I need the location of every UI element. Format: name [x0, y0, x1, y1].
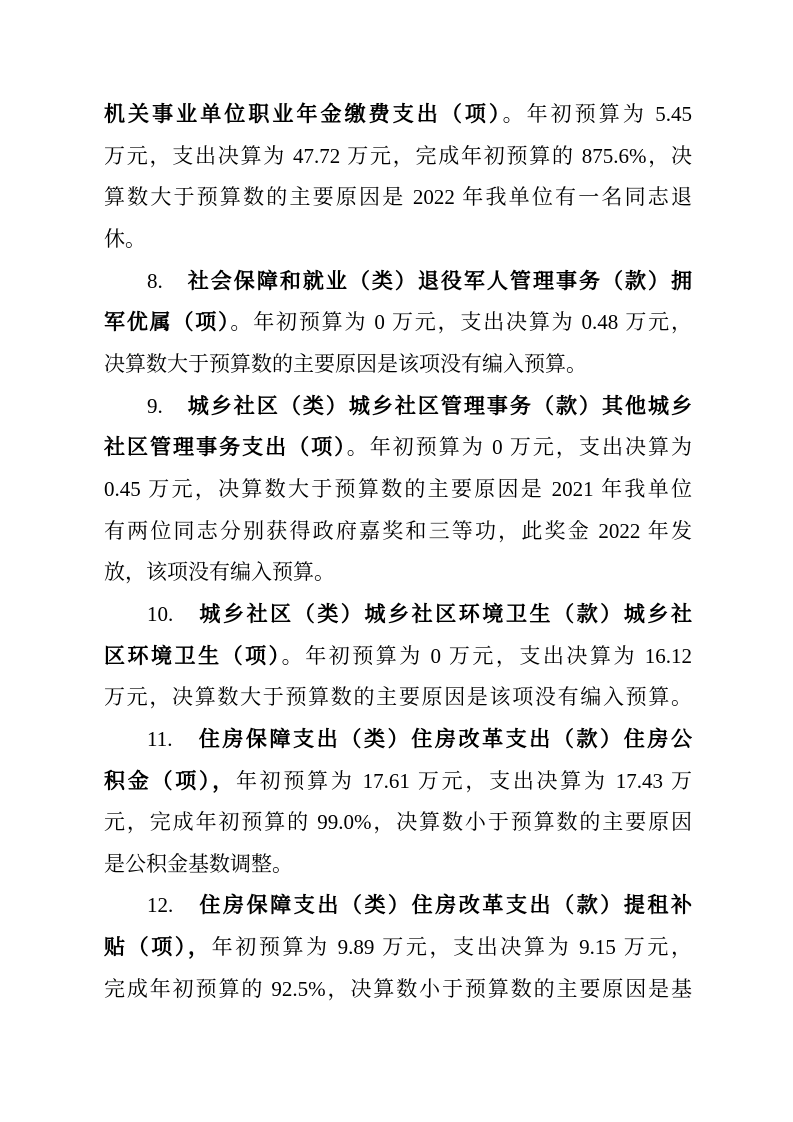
text-line: 社区管理事务支出（项）。年初预算为 0 万元，支出决算为 — [104, 427, 692, 469]
body-text: 。年初预算为 0 万元，支出决算为 — [347, 435, 692, 459]
body-text: 。年初预算为 0 万元，支出决算为 16.12 — [282, 644, 692, 668]
heading-text: 贴（项）， — [104, 935, 212, 959]
body-text: 元，完成年初预算的 99.0%，决算数小于预算数的主要原因 — [104, 810, 692, 834]
body-text: 年初预算为 9.89 万元，支出决算为 9.15 万元， — [212, 935, 692, 959]
text-line: 9. 城乡社区（类）城乡社区管理事务（款）其他城乡 — [104, 386, 692, 428]
heading-text: 社区管理事务支出（项） — [104, 435, 347, 459]
heading-text: 住房保障支出（类）住房改革支出（款）提租补 — [199, 893, 692, 917]
body-text: 完成年初预算的 92.5%，决算数小于预算数的主要原因是基 — [104, 977, 692, 1001]
text-line: 休。 — [104, 219, 692, 261]
body-text: 8. — [147, 269, 188, 293]
heading-text: 社会保障和就业（类）退役军人管理事务（款）拥 — [188, 269, 692, 293]
body-text: 11. — [147, 727, 199, 751]
heading-text: 区环境卫生（项） — [104, 644, 282, 668]
text-line: 10. 城乡社区（类）城乡社区环境卫生（款）城乡社 — [104, 594, 692, 636]
paragraph-8: 8. 社会保障和就业（类）退役军人管理事务（款）拥军优属（项）。年初预算为 0 … — [104, 261, 692, 386]
text-line: 算数大于预算数的主要原因是 2022 年我单位有一名同志退 — [104, 177, 692, 219]
text-line: 11. 住房保障支出（类）住房改革支出（款）住房公 — [104, 719, 692, 761]
heading-text: 军优属（项） — [104, 310, 230, 334]
text-line: 万元，决算数大于预算数的主要原因是该项没有编入预算。 — [104, 677, 692, 719]
body-text: 是公积金基数调整。 — [104, 852, 293, 876]
text-line: 贴（项），年初预算为 9.89 万元，支出决算为 9.15 万元， — [104, 927, 692, 969]
document-page: 机关事业单位职业年金缴费支出（项）。年初预算为 5.45万元，支出决算为 47.… — [0, 0, 793, 1122]
text-line: 元，完成年初预算的 99.0%，决算数小于预算数的主要原因 — [104, 802, 692, 844]
body-text: 万元，支出决算为 47.72 万元，完成年初预算的 875.6%，决 — [104, 144, 692, 168]
body-text: 休。 — [104, 227, 146, 251]
body-text: 。年初预算为 0 万元，支出决算为 0.48 万元， — [230, 310, 692, 334]
text-line: 军优属（项）。年初预算为 0 万元，支出决算为 0.48 万元， — [104, 302, 692, 344]
text-line: 是公积金基数调整。 — [104, 844, 692, 886]
text-line: 机关事业单位职业年金缴费支出（项）。年初预算为 5.45 — [104, 94, 692, 136]
body-text: 决算数大于预算数的主要原因是该项没有编入预算。 — [104, 352, 587, 376]
text-line: 决算数大于预算数的主要原因是该项没有编入预算。 — [104, 344, 692, 386]
body-text: 算数大于预算数的主要原因是 2022 年我单位有一名同志退 — [104, 185, 692, 209]
body-text: 10. — [147, 602, 199, 626]
text-line: 完成年初预算的 92.5%，决算数小于预算数的主要原因是基 — [104, 969, 692, 1011]
body-text: 放，该项没有编入预算。 — [104, 560, 335, 584]
document-content: 机关事业单位职业年金缴费支出（项）。年初预算为 5.45万元，支出决算为 47.… — [104, 94, 692, 1010]
text-line: 0.45 万元，决算数大于预算数的主要原因是 2021 年我单位 — [104, 469, 692, 511]
heading-text: 城乡社区（类）城乡社区管理事务（款）其他城乡 — [188, 394, 692, 418]
body-text: 万元，决算数大于预算数的主要原因是该项没有编入预算。 — [104, 685, 692, 709]
heading-text: 住房保障支出（类）住房改革支出（款）住房公 — [199, 727, 692, 751]
text-line: 有两位同志分别获得政府嘉奖和三等功，此奖金 2022 年发 — [104, 511, 692, 553]
text-line: 12. 住房保障支出（类）住房改革支出（款）提租补 — [104, 885, 692, 927]
heading-text: 城乡社区（类）城乡社区环境卫生（款）城乡社 — [199, 602, 692, 626]
body-text: 9. — [147, 394, 188, 418]
heading-text: 机关事业单位职业年金缴费支出（项） — [104, 102, 503, 126]
paragraph-11: 11. 住房保障支出（类）住房改革支出（款）住房公积金（项），年初预算为 17.… — [104, 719, 692, 886]
text-line: 区环境卫生（项）。年初预算为 0 万元，支出决算为 16.12 — [104, 636, 692, 678]
paragraph-10: 10. 城乡社区（类）城乡社区环境卫生（款）城乡社区环境卫生（项）。年初预算为 … — [104, 594, 692, 719]
paragraph-9: 9. 城乡社区（类）城乡社区管理事务（款）其他城乡社区管理事务支出（项）。年初预… — [104, 386, 692, 594]
paragraph-7-continuation: 机关事业单位职业年金缴费支出（项）。年初预算为 5.45万元，支出决算为 47.… — [104, 94, 692, 261]
paragraph-12: 12. 住房保障支出（类）住房改革支出（款）提租补贴（项），年初预算为 9.89… — [104, 885, 692, 1010]
heading-text: 积金（项）， — [104, 769, 236, 793]
text-line: 万元，支出决算为 47.72 万元，完成年初预算的 875.6%，决 — [104, 136, 692, 178]
body-text: 有两位同志分别获得政府嘉奖和三等功，此奖金 2022 年发 — [104, 519, 692, 543]
text-line: 放，该项没有编入预算。 — [104, 552, 692, 594]
body-text: 。年初预算为 5.45 — [503, 102, 692, 126]
body-text: 年初预算为 17.61 万元，支出决算为 17.43 万 — [236, 769, 692, 793]
body-text: 12. — [147, 893, 199, 917]
body-text: 0.45 万元，决算数大于预算数的主要原因是 2021 年我单位 — [104, 477, 692, 501]
text-line: 积金（项），年初预算为 17.61 万元，支出决算为 17.43 万 — [104, 761, 692, 803]
text-line: 8. 社会保障和就业（类）退役军人管理事务（款）拥 — [104, 261, 692, 303]
